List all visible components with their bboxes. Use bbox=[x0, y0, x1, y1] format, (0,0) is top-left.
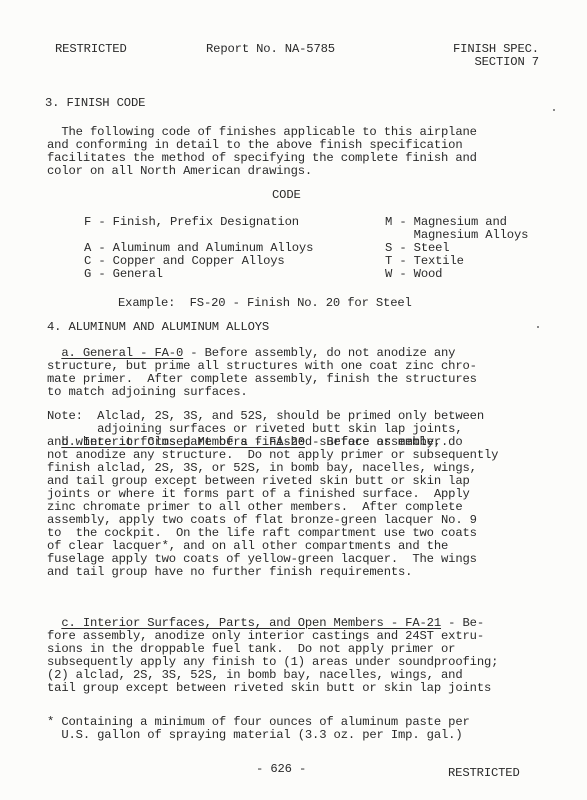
section-4-heading: 4. ALUMINUM AND ALUMINUM ALLOYS bbox=[47, 321, 269, 334]
paragraph-a: a. General - FA-0 - Before assembly, do … bbox=[47, 347, 477, 399]
code-example: Example: FS-20 - Finish No. 20 for Steel bbox=[118, 297, 412, 310]
finish-spec-label: FINISH SPEC.SECTION 7 bbox=[453, 43, 539, 69]
indent bbox=[47, 346, 61, 360]
section-3-intro: The following code of finishes applicabl… bbox=[47, 126, 477, 178]
paragraph-b-first-line: - Before assembly, do bbox=[305, 435, 463, 449]
indent bbox=[47, 616, 61, 630]
page-number: - 626 - bbox=[256, 763, 306, 776]
paragraph-c: c. Interior Surfaces, Parts, and Open Me… bbox=[47, 617, 498, 695]
code-title: CODE bbox=[272, 189, 301, 202]
code-list-right: M - Magnesium and Magnesium Alloys S - S… bbox=[385, 216, 528, 281]
speck bbox=[553, 109, 555, 111]
paragraph-c-body: fore assembly, anodize only interior cas… bbox=[47, 629, 498, 695]
paragraph-b: b. Interior Closed Members - FA-20 - Bef… bbox=[47, 436, 498, 579]
section-3-heading: 3. FINISH CODE bbox=[45, 97, 145, 110]
paragraph-b-body: not anodize any structure. Do not apply … bbox=[47, 448, 498, 579]
code-list-left: F - Finish, Prefix Designation A - Alumi… bbox=[84, 216, 313, 281]
paragraph-b-title: b. Interior Closed Members - FA-20 bbox=[61, 435, 305, 449]
speck bbox=[537, 326, 539, 328]
paragraph-a-body: structure, but prime all structures with… bbox=[47, 359, 477, 399]
header-classification: RESTRICTED bbox=[55, 43, 127, 56]
paragraph-c-title: c. Interior Surfaces, Parts, and Open Me… bbox=[61, 616, 441, 630]
indent bbox=[47, 435, 61, 449]
paragraph-c-first-line: - Be- bbox=[441, 616, 484, 630]
paragraph-a-title: a. General - FA-0 bbox=[61, 346, 183, 360]
footnote: * Containing a minimum of four ounces of… bbox=[47, 716, 470, 742]
footer-classification: RESTRICTED bbox=[448, 767, 520, 780]
paragraph-a-first-line: - Before assembly, do not anodize any bbox=[183, 346, 455, 360]
spec-line-1: FINISH SPEC. bbox=[453, 42, 539, 56]
spec-line-2: SECTION 7 bbox=[474, 55, 538, 69]
report-number: Report No. NA-5785 bbox=[206, 43, 335, 56]
